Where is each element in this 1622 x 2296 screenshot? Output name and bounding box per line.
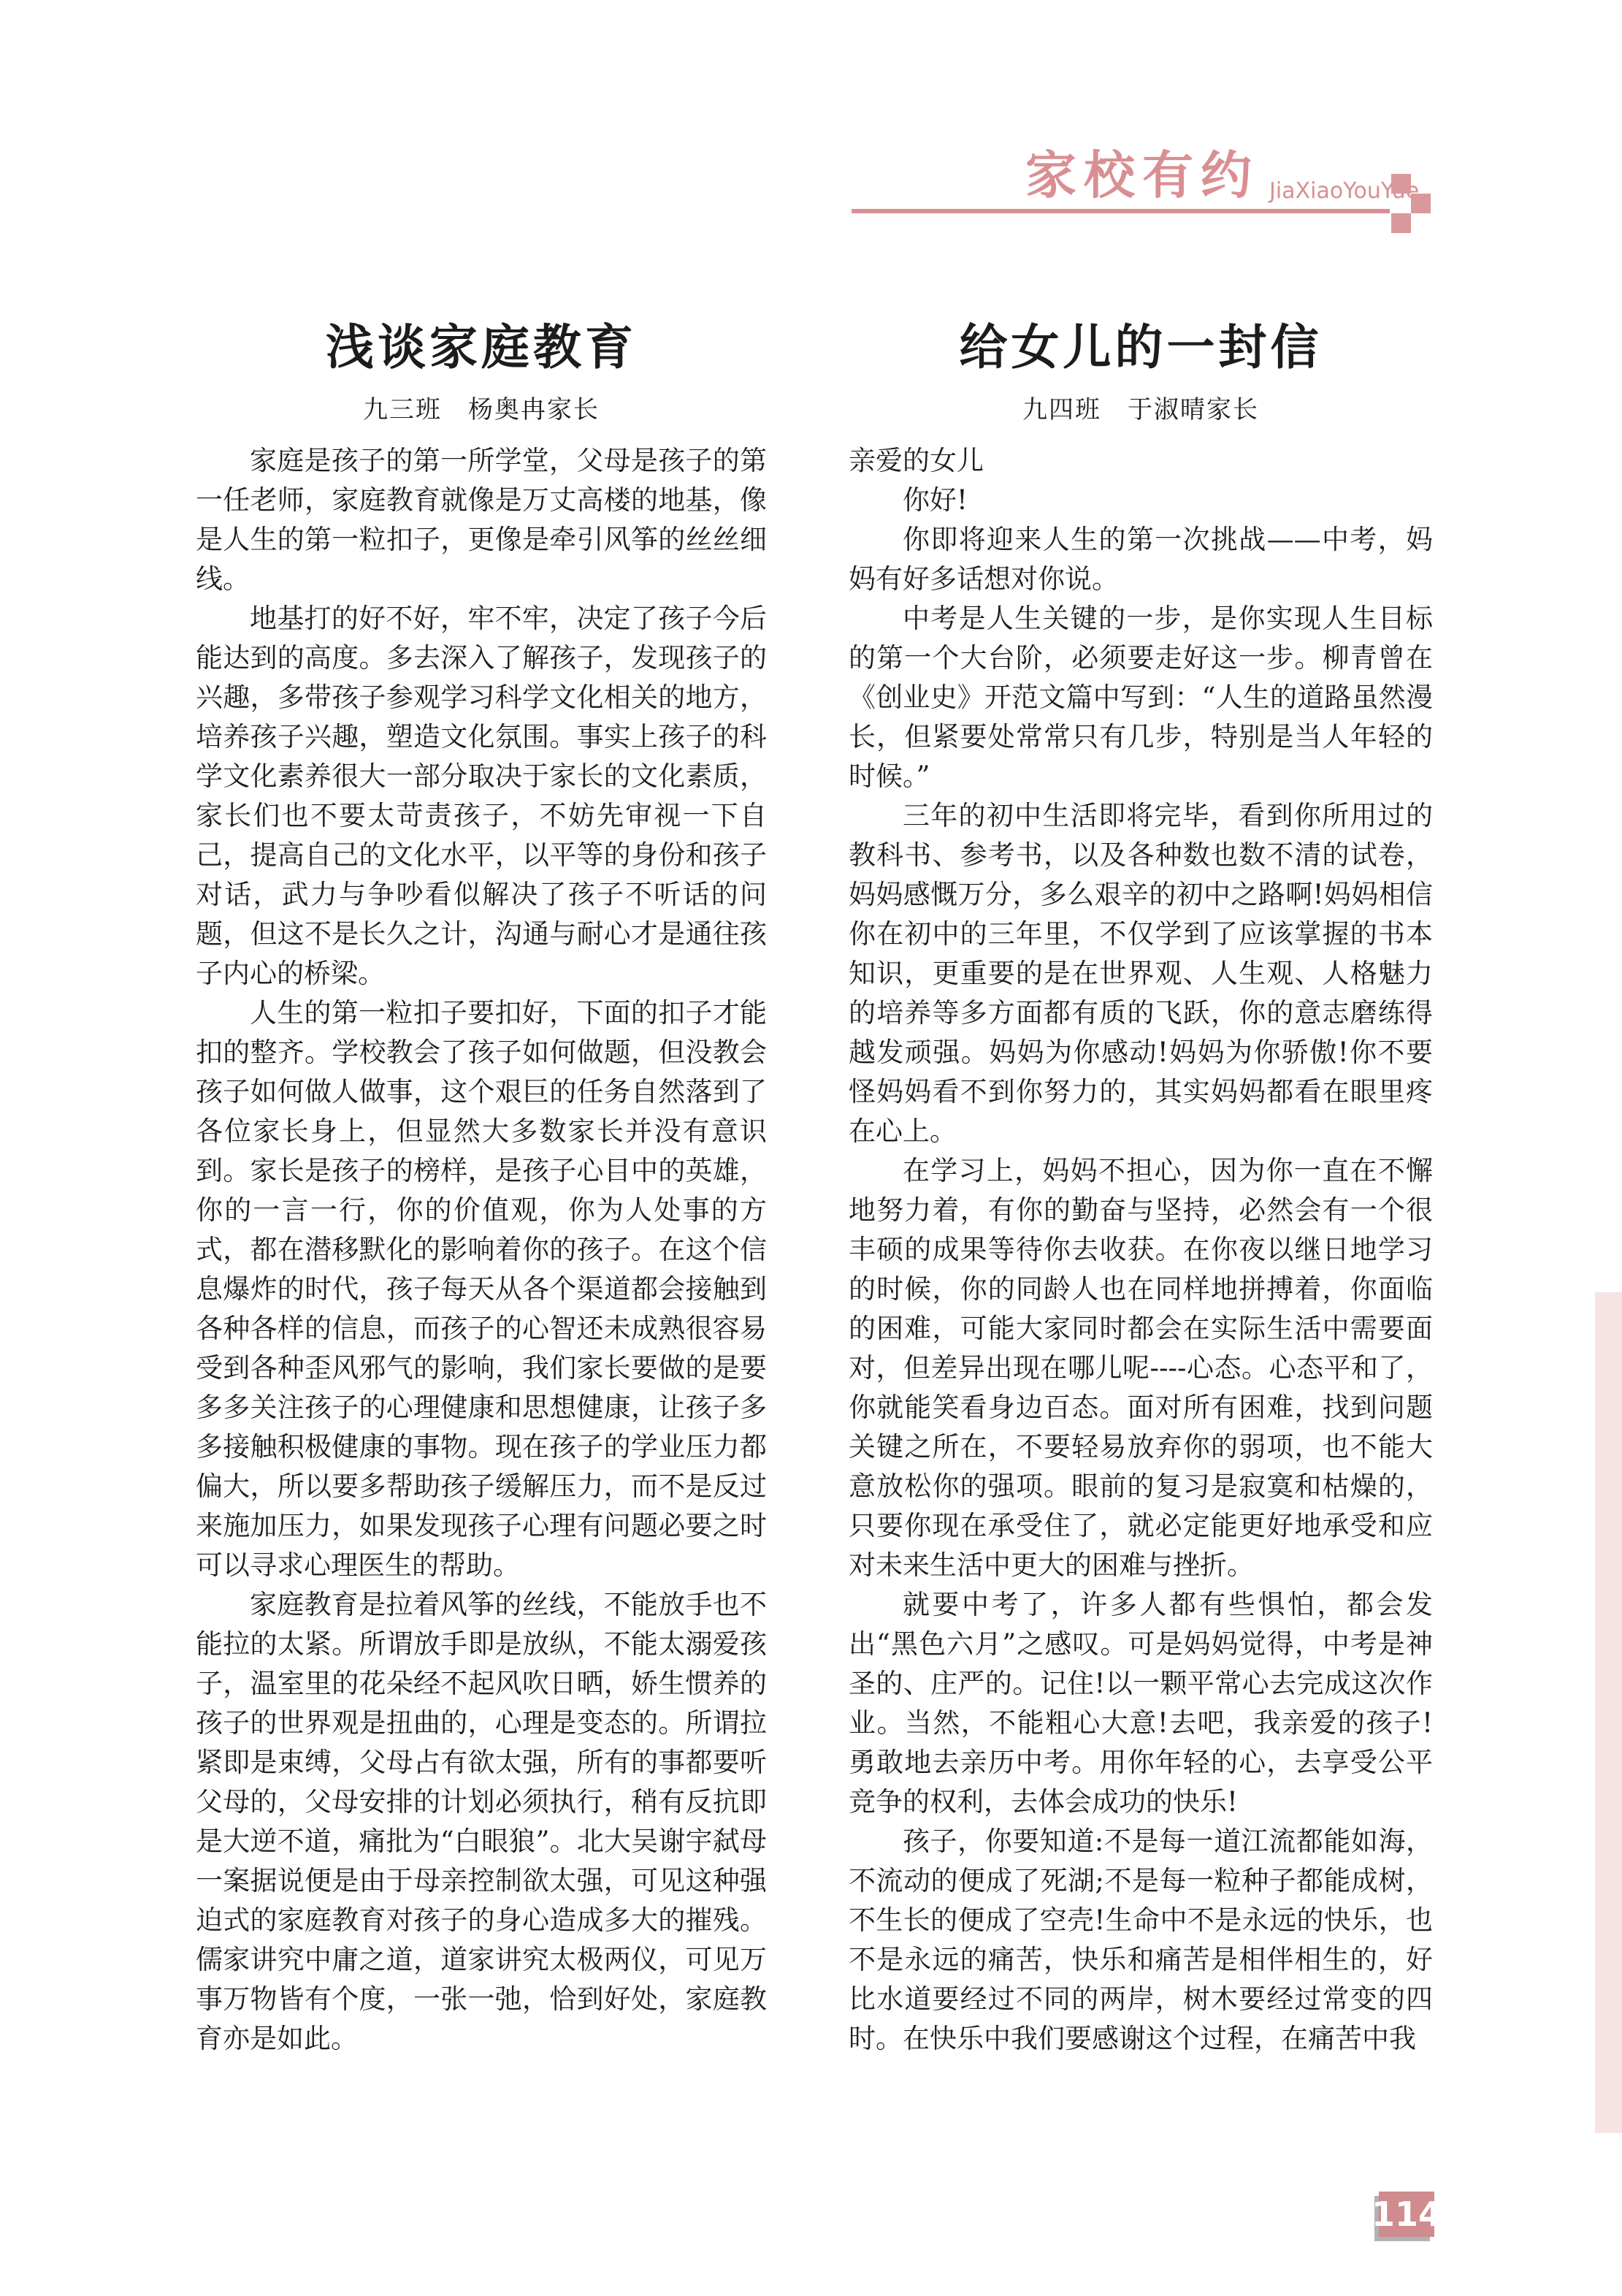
- paragraph: 孩子，你要知道:不是每一道江流都能如海，不流动的便成了死湖;不是每一粒种子都能成…: [849, 1822, 1433, 2059]
- paragraph: 你即将迎来人生的第一次挑战——中考，妈妈有好多话想对你说。: [849, 520, 1433, 599]
- paragraph: 地基打的好不好，牢不牢，决定了孩子今后能达到的高度。多去深入了解孩子，发现孩子的…: [196, 599, 767, 993]
- article-left: 浅谈家庭教育 九三班 杨奥冉家长 家庭是孩子的第一所学堂，父母是孩子的第一任老师…: [196, 320, 767, 2059]
- paragraph: 家庭教育是拉着风筝的丝线，不能放手也不能拉的太紧。所谓放手即是放纵，不能太溺爱孩…: [196, 1585, 767, 2059]
- deco-square: [1411, 174, 1431, 194]
- deco-square: [1391, 194, 1411, 213]
- header-rule: [852, 209, 1390, 213]
- letter-salutation: 亲爱的女儿: [849, 441, 1433, 481]
- paragraph: 人生的第一粒扣子要扣好，下面的扣子才能扣的整齐。学校教会了孩子如何做题，但没教会…: [196, 993, 767, 1585]
- paragraph: 家庭是孩子的第一所学堂，父母是孩子的第一任老师，家庭教育就像是万丈高楼的地基，像…: [196, 441, 767, 599]
- article-right-paragraphs: 你好!你即将迎来人生的第一次挑战——中考，妈妈有好多话想对你说。中考是人生关键的…: [849, 481, 1433, 2059]
- article-left-body: 家庭是孩子的第一所学堂，父母是孩子的第一任老师，家庭教育就像是万丈高楼的地基，像…: [196, 441, 767, 2059]
- article-right-byline: 九四班 于淑晴家长: [849, 396, 1433, 424]
- deco-square: [1391, 174, 1411, 194]
- article-left-byline: 九三班 杨奥冉家长: [196, 396, 767, 424]
- deco-square: [1411, 213, 1431, 233]
- section-title: 家校有约: [1025, 146, 1259, 205]
- side-strip: [1595, 1292, 1622, 2133]
- article-right-title: 给女儿的一封信: [849, 320, 1433, 374]
- paragraph: 三年的初中生活即将完毕，看到你所用过的教科书、参考书，以及各种数也数不清的试卷，…: [849, 796, 1433, 1151]
- checkerboard-decoration: [1391, 174, 1431, 233]
- article-right-body: 亲爱的女儿 你好!你即将迎来人生的第一次挑战——中考，妈妈有好多话想对你说。中考…: [849, 441, 1433, 2059]
- paragraph: 就要中考了，许多人都有些惧怕，都会发出“黑色六月”之感叹。可是妈妈觉得，中考是神…: [849, 1585, 1433, 1822]
- magazine-page: 家校有约 JiaXiaoYouYue 浅谈家庭教育 九三班 杨奥冉家长 家庭是孩…: [0, 0, 1622, 2296]
- page-number-badge: 114: [1379, 2192, 1434, 2237]
- paragraph: 中考是人生关键的一步，是你实现人生目标的第一个大台阶，必须要走好这一步。柳青曾在…: [849, 599, 1433, 796]
- article-left-title: 浅谈家庭教育: [196, 320, 767, 374]
- deco-square: [1411, 194, 1431, 213]
- deco-square: [1391, 213, 1411, 233]
- paragraph: 你好!: [849, 481, 1433, 520]
- article-right: 给女儿的一封信 九四班 于淑晴家长 亲爱的女儿 你好!你即将迎来人生的第一次挑战…: [849, 320, 1433, 2059]
- paragraph: 在学习上，妈妈不担心，因为你一直在不懈地努力着，有你的勤奋与坚持，必然会有一个很…: [849, 1151, 1433, 1585]
